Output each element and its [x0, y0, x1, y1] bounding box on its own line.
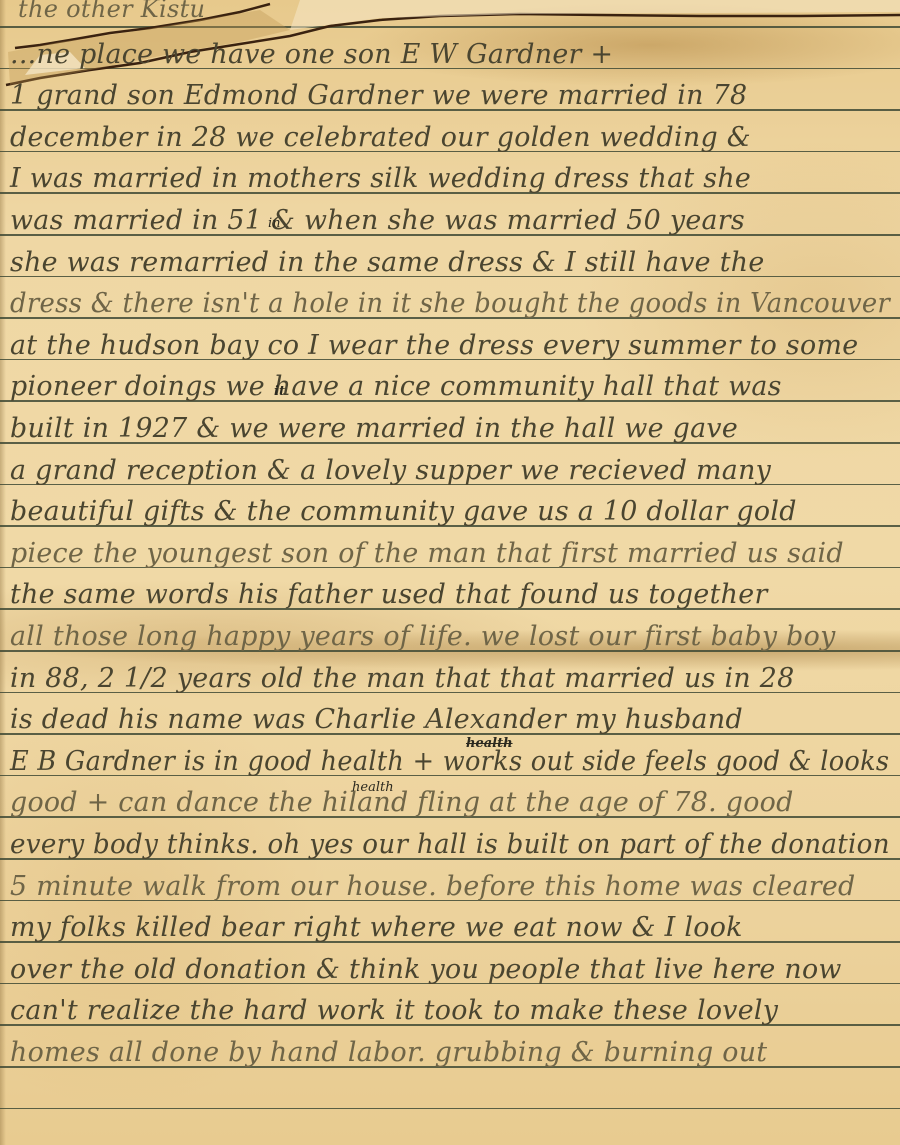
letter-page: the other Kistu ...ne place we have one … [0, 0, 900, 1145]
text-line: 5 minute walk from our house. before thi… [10, 872, 890, 902]
text-line: my folks killed bear right where we eat … [10, 913, 890, 943]
text-line: is dead his name was Charlie Alexander m… [10, 705, 890, 735]
text-line: in 88, 2 1/2 years old the man that that… [10, 664, 890, 694]
text-line: december in 28 we celebrated our golden … [10, 123, 890, 153]
text-line: beautiful gifts & the community gave us … [10, 497, 890, 527]
text-line: E B Gardner is in good health + works ou… [10, 747, 849, 777]
text-line: pioneer doings we have a nice community … [10, 372, 890, 402]
text-line: the same words his father used that foun… [10, 580, 890, 610]
text-line: built in 1927 & we were married in the h… [10, 414, 890, 444]
text-line: piece the youngest son of the man that f… [10, 539, 890, 569]
text-line: at the hudson bay co I wear the dress ev… [10, 331, 890, 361]
insertion-it: it [274, 384, 285, 399]
page-edge-shadow [0, 0, 6, 1145]
insertion-in: in [268, 216, 281, 231]
text-line: 1 grand son Edmond Gardner we were marri… [10, 81, 890, 111]
text-line: all those long happy years of life. we l… [10, 622, 890, 652]
insertion-health-struck: health [466, 736, 513, 751]
text-line: good + can dance the hiland fling at the… [10, 788, 890, 818]
text-line: homes all done by hand labor. grubbing &… [10, 1038, 890, 1068]
text-line: over the old donation & think you people… [10, 955, 890, 985]
text-line: ...ne place we have one son E W Gardner … [10, 40, 890, 70]
text-line: I was married in mothers silk wedding dr… [10, 164, 890, 194]
text-line: was married in 51 & when she was married… [10, 206, 890, 236]
text-line: dress & there isn't a hole in it she bou… [10, 289, 858, 319]
text-line: can't realize the hard work it took to m… [10, 996, 890, 1026]
ruled-line [0, 1108, 900, 1110]
insertion-health: health [352, 780, 394, 795]
text-line: every body thinks. oh yes our hall is bu… [10, 830, 867, 860]
text-line: she was remarried in the same dress & I … [10, 248, 890, 278]
text-line: a grand reception & a lovely supper we r… [10, 456, 890, 486]
